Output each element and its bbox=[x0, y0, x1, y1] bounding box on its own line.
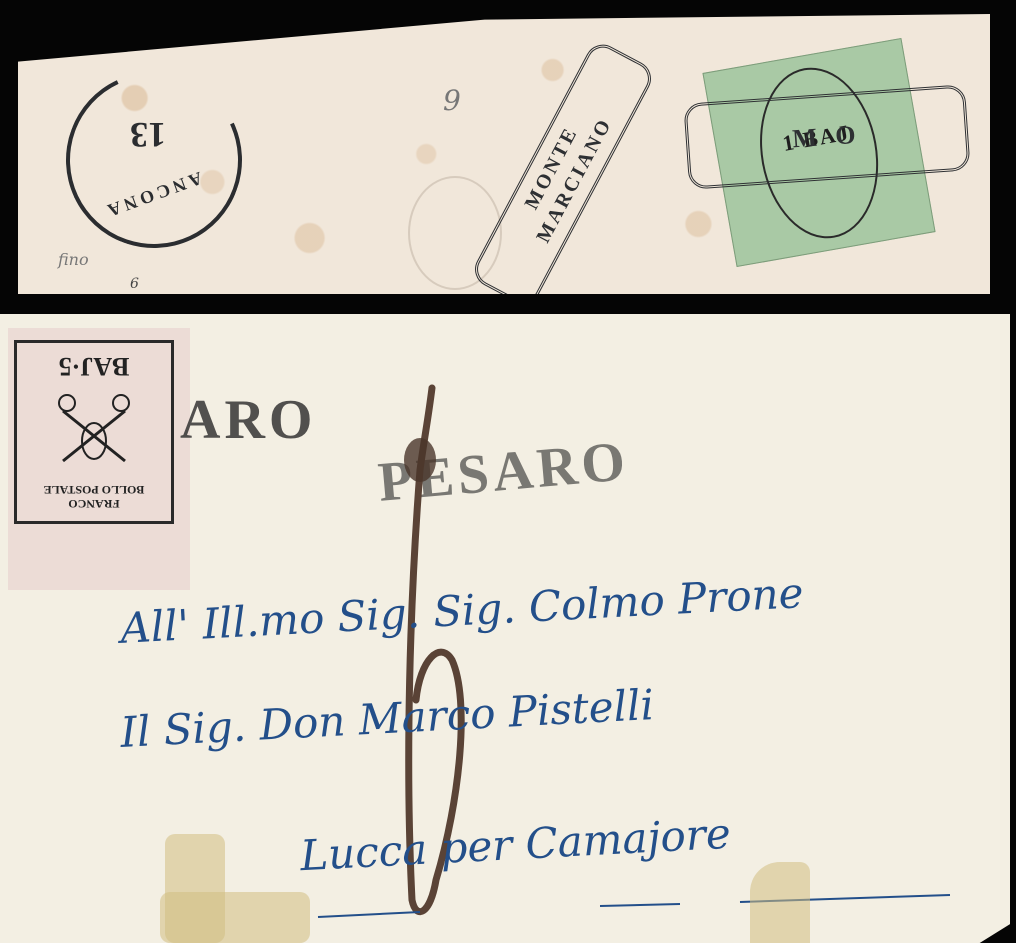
hinge-tape bbox=[160, 892, 310, 943]
address-underline bbox=[0, 0, 1016, 943]
hinge-tape bbox=[750, 862, 810, 943]
